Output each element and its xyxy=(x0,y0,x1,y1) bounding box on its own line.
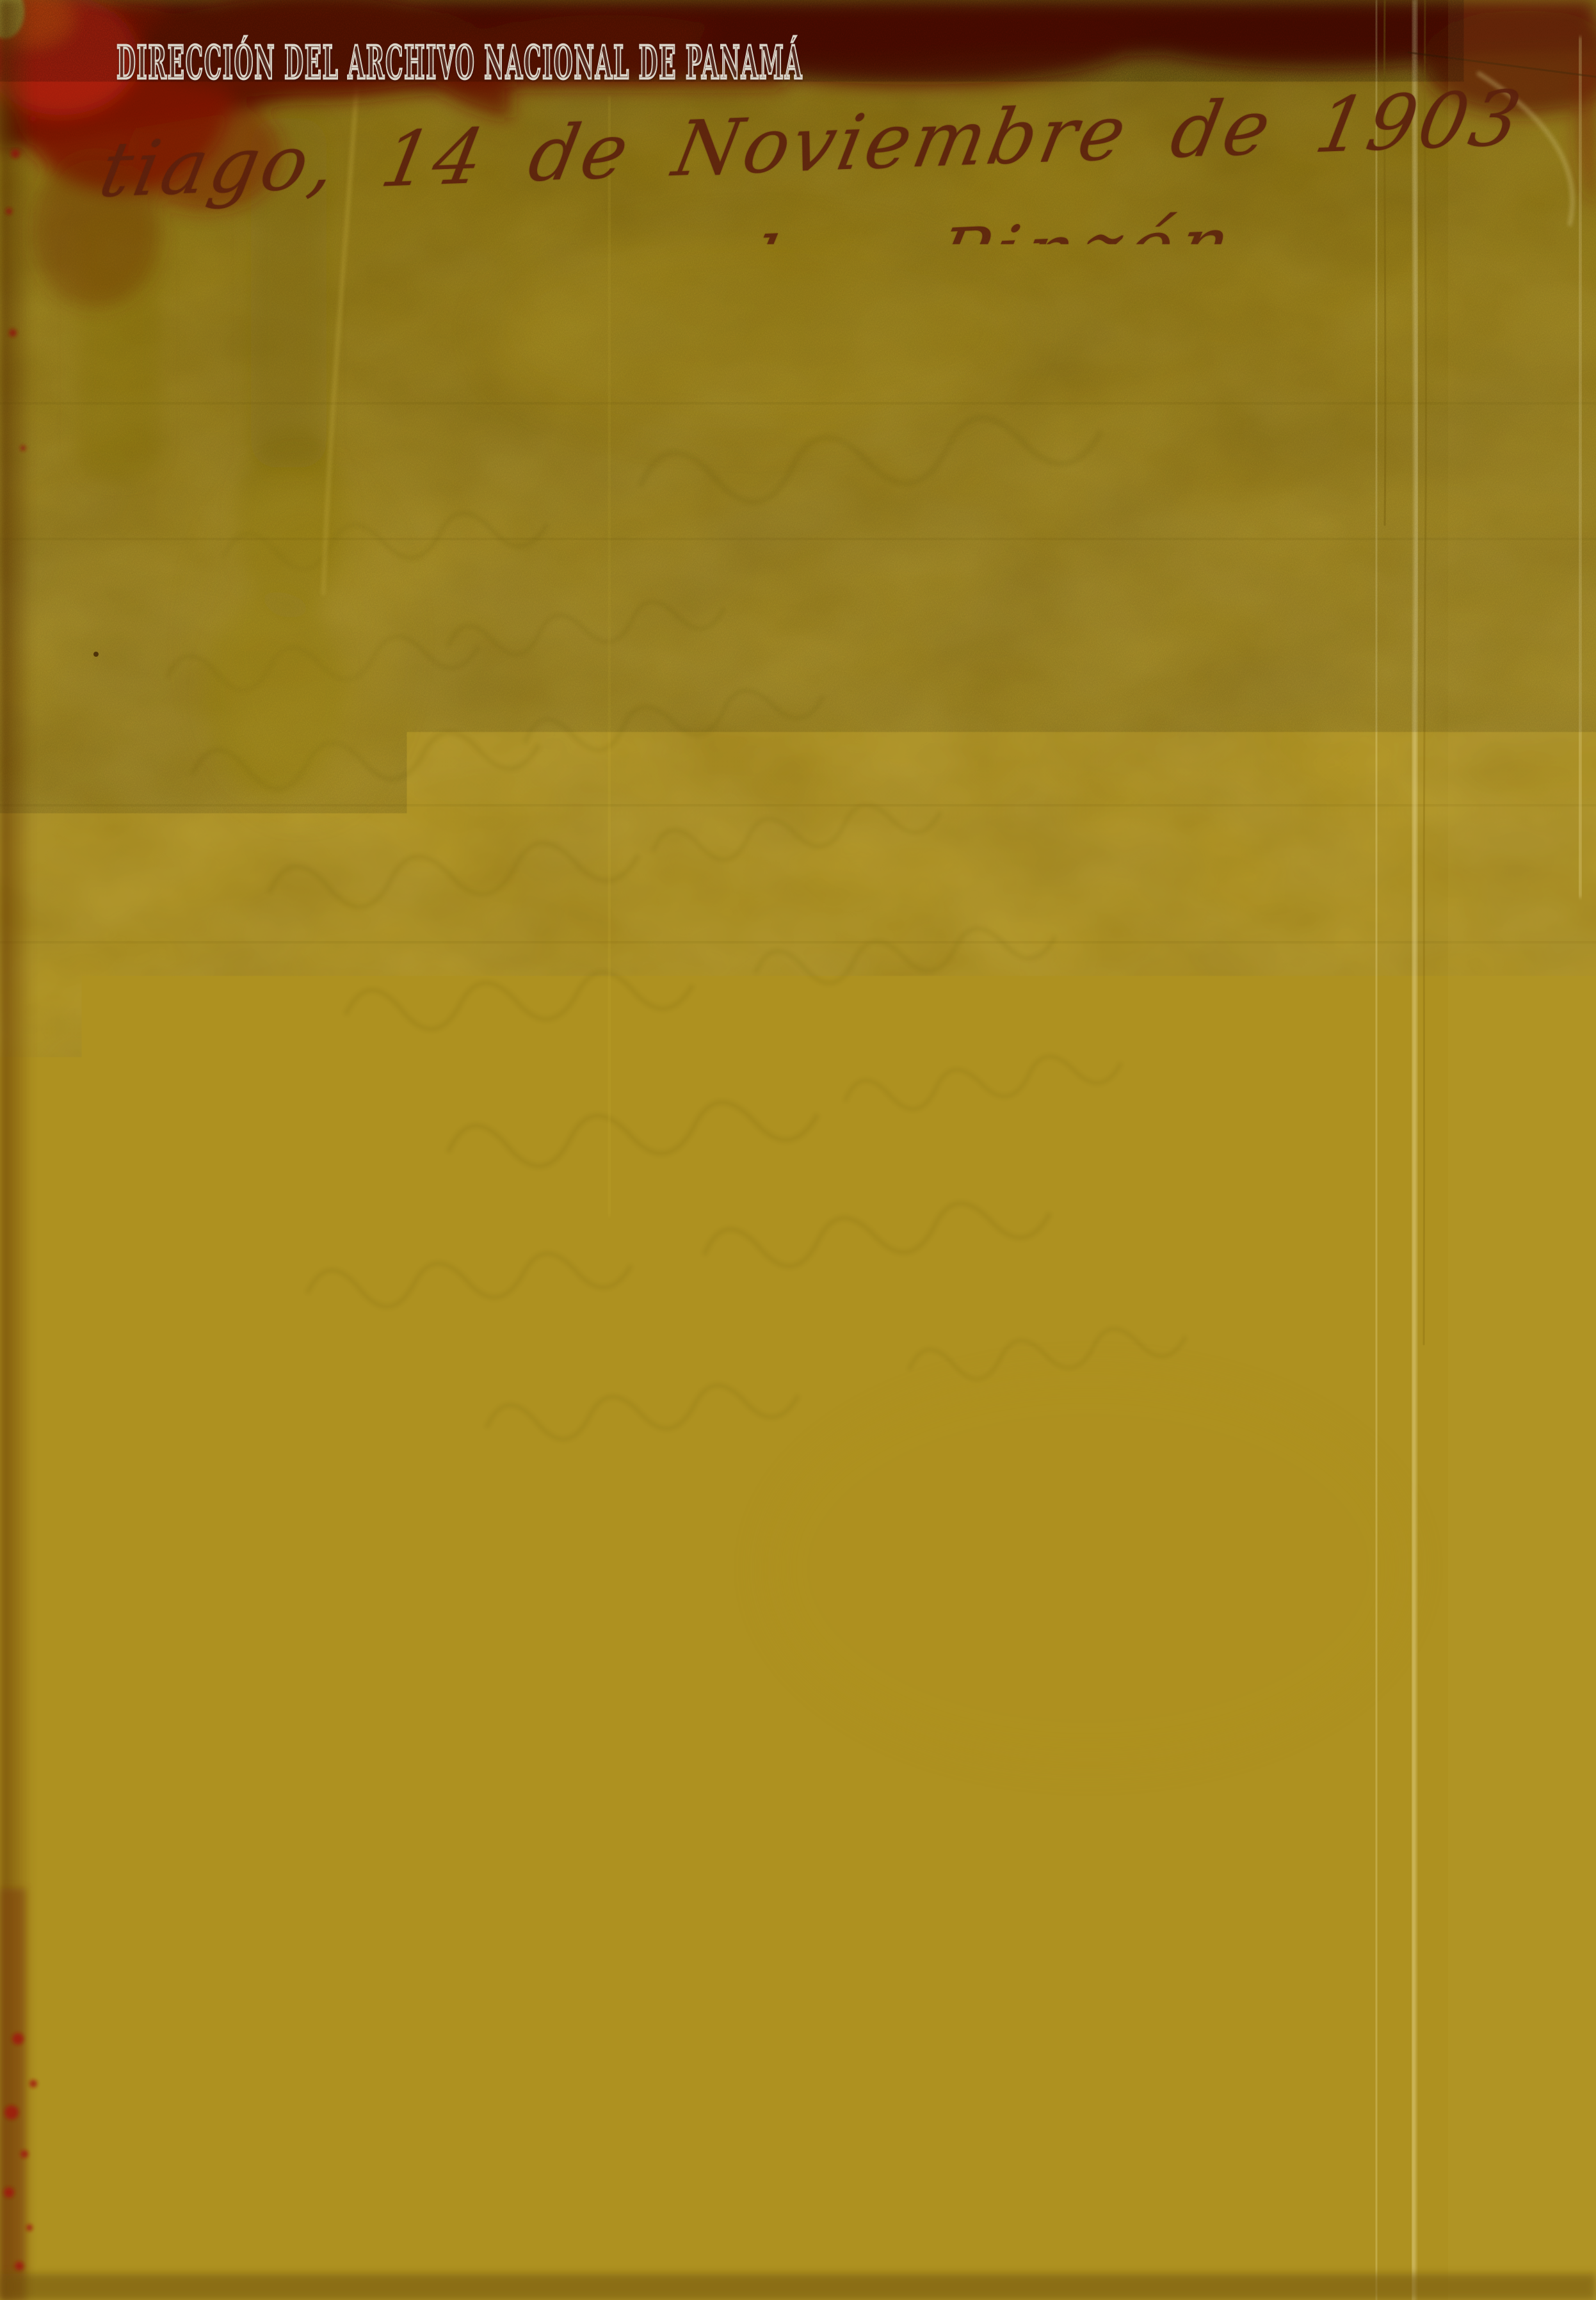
document-page: DIRECCIÓN DEL ARCHIVO NACIONAL DE PANAMÁ… xyxy=(0,0,1596,2300)
paper-scan-texture xyxy=(0,0,1596,2300)
archive-watermark: DIRECCIÓN DEL ARCHIVO NACIONAL DE PANAMÁ xyxy=(117,41,803,86)
